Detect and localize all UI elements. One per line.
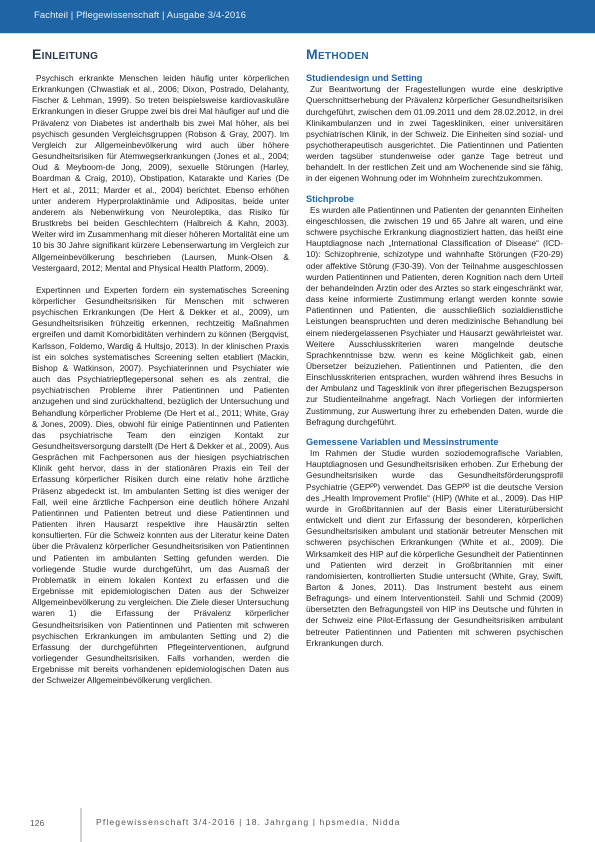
- right-column: Methoden Studiendesign und Setting Zur B…: [306, 45, 563, 649]
- paragraph: Im Rahmen der Studie wurden soziodemogra…: [306, 448, 563, 649]
- subheading-studiendesign: Studiendesign und Setting: [306, 73, 563, 84]
- publication-info: Pflegewissenschaft 3/4-2016 | 18. Jahrga…: [96, 817, 401, 827]
- running-title: Fachteil | Pflegewissenschaft | Ausgabe …: [34, 10, 246, 21]
- subheading-messinstrumente: Gemessene Variablen und Messinstrumente: [306, 437, 563, 448]
- running-header-bar: Fachteil | Pflegewissenschaft | Ausgabe …: [0, 0, 595, 34]
- left-column: Einleitung Psychisch erkrankte Menschen …: [32, 45, 289, 686]
- paragraph: Psychisch erkrankte Menschen leiden häuf…: [32, 73, 289, 274]
- subheading-stichprobe: Stichprobe: [306, 194, 563, 205]
- page-number: 126: [30, 818, 44, 828]
- paragraph: Es wurden alle Patientinnen und Patiente…: [306, 205, 563, 428]
- section-title-methoden: Methoden: [306, 45, 563, 63]
- paragraph: Expertinnen und Experten fordern ein sys…: [32, 285, 289, 687]
- paragraph: Zur Beantwortung der Fragestellungen wur…: [306, 84, 563, 184]
- footer-divider: [80, 808, 82, 842]
- section-title-einleitung: Einleitung: [32, 45, 289, 63]
- page-footer: 126 Pflegewissenschaft 3/4-2016 | 18. Ja…: [0, 800, 595, 842]
